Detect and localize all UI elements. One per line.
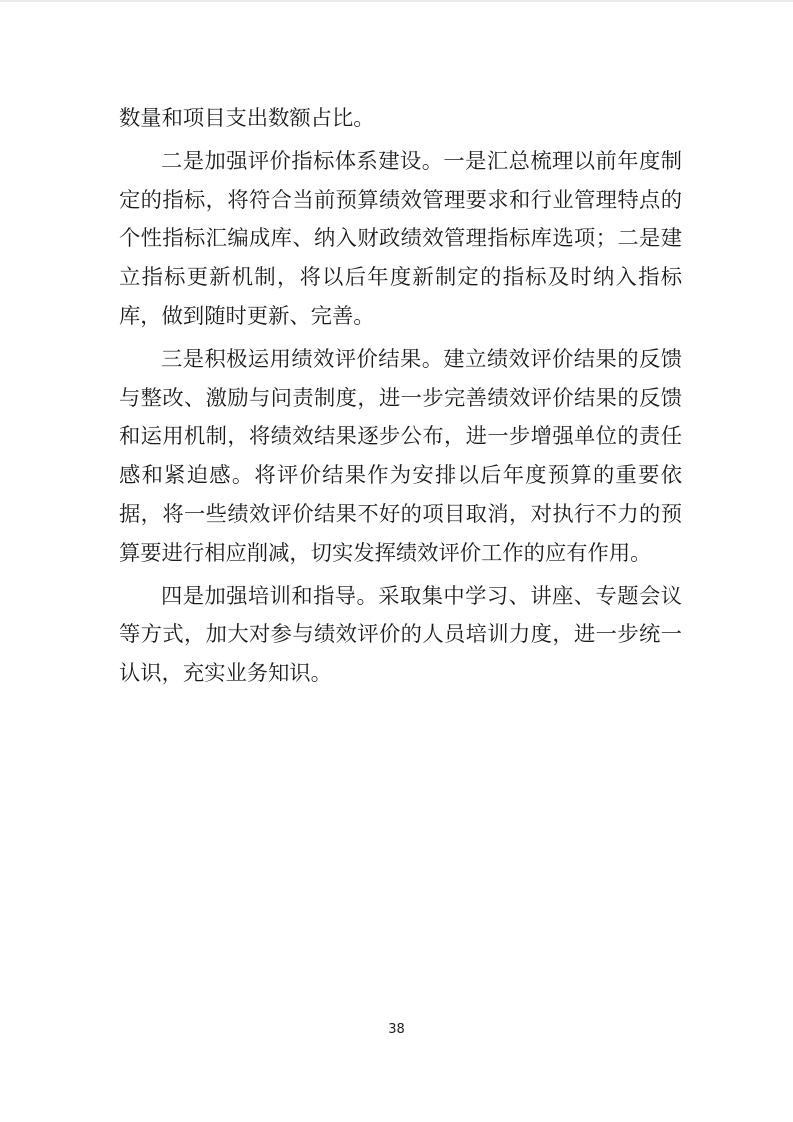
text-line: 三是积极运用绩效评价结果。建立绩效评价结果的反馈 bbox=[119, 341, 682, 380]
page-number: 38 bbox=[0, 1022, 793, 1038]
text-line: 数量和项目支出数额占比。 bbox=[119, 100, 682, 139]
text-line: 二是加强评价指标体系建设。一是汇总梳理以前年度制 bbox=[119, 143, 682, 182]
text-line: 算要进行相应削减，切实发挥绩效评价工作的应有作用。 bbox=[119, 535, 682, 574]
text-line: 四是加强培训和指导。采取集中学习、讲座、专题会议 bbox=[119, 578, 682, 617]
text-line: 库，做到随时更新、完善。 bbox=[119, 298, 682, 337]
text-line: 立指标更新机制，将以后年度新制定的指标及时纳入指标 bbox=[119, 259, 682, 298]
text-line: 和运用机制，将绩效结果逐步公布，进一步增强单位的责任 bbox=[119, 418, 682, 457]
document-body: 数量和项目支出数额占比。二是加强评价指标体系建设。一是汇总梳理以前年度制定的指标… bbox=[119, 100, 682, 694]
text-line: 感和紧迫感。将评价结果作为安排以后年度预算的重要依 bbox=[119, 457, 682, 496]
page-top-edge bbox=[0, 0, 793, 2]
text-line: 据，将一些绩效评价结果不好的项目取消，对执行不力的预 bbox=[119, 496, 682, 535]
text-line: 与整改、激励与问责制度，进一步完善绩效评价结果的反馈 bbox=[119, 380, 682, 419]
text-line: 认识，充实业务知识。 bbox=[119, 655, 682, 694]
text-line: 等方式，加大对参与绩效评价的人员培训力度，进一步统一 bbox=[119, 616, 682, 655]
paragraph: 二是加强评价指标体系建设。一是汇总梳理以前年度制定的指标，将符合当前预算绩效管理… bbox=[119, 143, 682, 337]
paragraph: 三是积极运用绩效评价结果。建立绩效评价结果的反馈与整改、激励与问责制度，进一步完… bbox=[119, 341, 682, 574]
text-line: 个性指标汇编成库、纳入财政绩效管理指标库选项；二是建 bbox=[119, 220, 682, 259]
text-line: 定的指标，将符合当前预算绩效管理要求和行业管理特点的 bbox=[119, 182, 682, 221]
paragraph: 数量和项目支出数额占比。 bbox=[119, 100, 682, 139]
paragraph: 四是加强培训和指导。采取集中学习、讲座、专题会议等方式，加大对参与绩效评价的人员… bbox=[119, 578, 682, 694]
document-page: 数量和项目支出数额占比。二是加强评价指标体系建设。一是汇总梳理以前年度制定的指标… bbox=[0, 0, 793, 1122]
